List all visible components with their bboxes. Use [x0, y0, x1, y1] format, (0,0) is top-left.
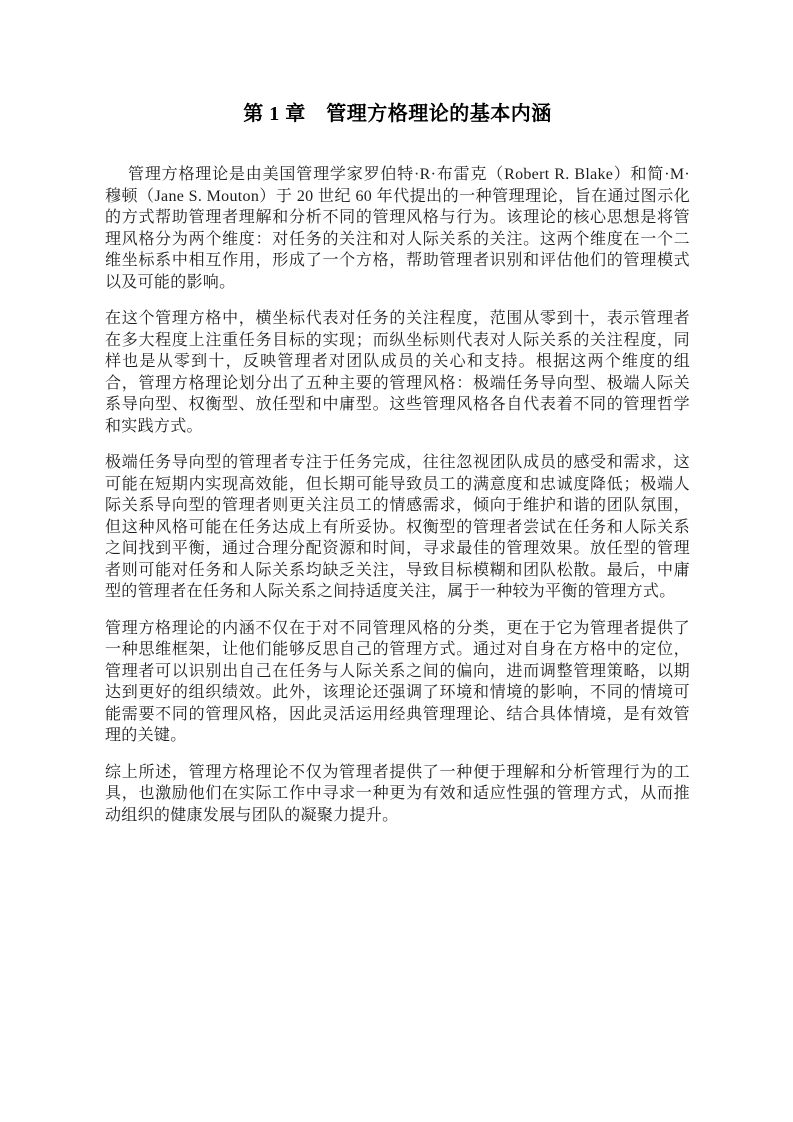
chapter-title: 第 1 章 管理方格理论的基本内涵 [105, 101, 690, 128]
paragraph-style-types: 极端任务导向型的管理者专注于任务完成，往往忽视团队成员的感受和需求，这可能在短期… [105, 452, 690, 603]
paragraph-intro: 管理方格理论是由美国管理学家罗伯特·R·布雷克（Robert R. Blake）… [105, 164, 690, 293]
paragraph-grid-axes: 在这个管理方格中，横坐标代表对任务的关注程度，范围从零到十，表示管理者在多大程度… [105, 308, 690, 437]
paragraph-summary: 综上所述，管理方格理论不仅为管理者提供了一种便于理解和分析管理行为的工具，也激励… [105, 762, 690, 827]
document-page: 第 1 章 管理方格理论的基本内涵 管理方格理论是由美国管理学家罗伯特·R·布雷… [0, 0, 793, 1122]
paragraph-theory-meaning: 管理方格理论的内涵不仅在于对不同管理风格的分类，更在于它为管理者提供了一种思维框… [105, 618, 690, 747]
